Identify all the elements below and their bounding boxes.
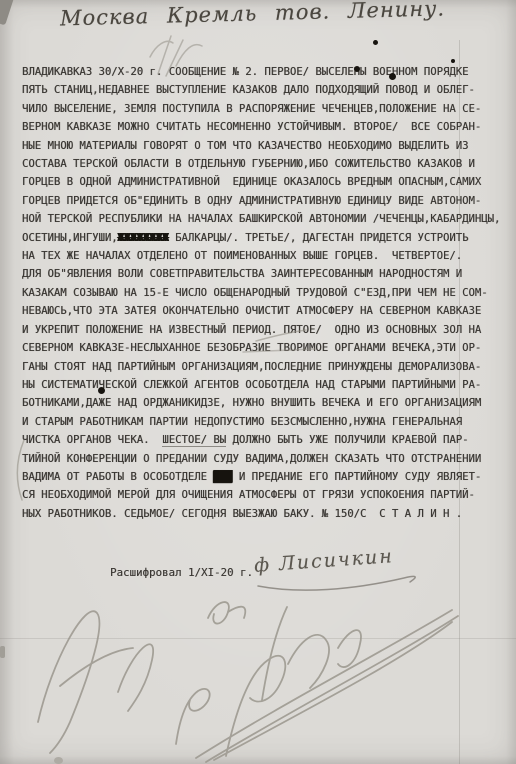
ink-blot <box>389 73 396 80</box>
text-segment: ОСЕТИНЫ,ИНГУШИ, <box>22 232 118 244</box>
bottom-pencil-signature <box>38 602 458 762</box>
telegram-line: НА ТЕХ ЖЕ НАЧАЛАХ ОТДЕЛЕНО ОТ ПОИМЕНОВАН… <box>22 247 508 265</box>
telegram-line: КАЗАКАМ СОЗЫВАЮ НА 15-Е ЧИСЛО ОБЩЕНАРОДН… <box>22 284 508 302</box>
telegram-line: ГОРЦЕВ В ОДНОЙ АДМИНИСТРАТИВНОЙ ЕДИНИЦЕ … <box>22 173 508 191</box>
signature-flourish <box>258 576 415 590</box>
telegram-line: ТИЙНОЙ КОНФЕРЕНЦИИ О ПРЕДАНИИ СУДУ ВАДИМ… <box>22 450 508 468</box>
ink-blot <box>373 40 378 45</box>
telegram-line: ВЛАДИКАВКАЗ 30/X-20 г. СООБЩЕНИЕ № 2. ПЕ… <box>22 63 508 81</box>
telegram-line: НОЙ ТЕРСКОЙ РЕСПУБЛИКИ НА НАЧАЛАХ БАШКИР… <box>22 210 508 228</box>
telegram-line: И УКРЕПИТ ПОЛОЖЕНИЕ НА ИЗВЕСТНЫЙ ПЕРИОД.… <box>22 321 508 339</box>
telegram-line: СЕВЕРНОМ КАВКАЗЕ-НЕСЛЫХАННОЕ БЕЗОБРАЗИЕ … <box>22 339 508 357</box>
telegram-line: БОТНИКАМИ,ДАЖЕ НАД ОРДЖАНИКИДЗЕ, НУЖНО В… <box>22 394 508 412</box>
telegram-body: ВЛАДИКАВКАЗ 30/X-20 г. СООБЩЕНИЕ № 2. ПЕ… <box>22 63 508 523</box>
pencil-underline-segment: ШЕСТОЕ/ ВЫ <box>162 434 226 447</box>
telegram-line: НЫ СИСТЕМАТИЧЕСКОЙ СЛЕЖКОЙ АГЕНТОВ ОСОБО… <box>22 376 508 394</box>
telegram-line: СОСТАВА ТЕРСКОЙ ОБЛАСТИ В ОТДЕЛЬНУЮ ГУБЕ… <box>22 155 508 173</box>
telegram-line: ГОРЦЕВ ПРИДЕТСЯ ОБ"ЕДИНИТЬ В ОДНУ АДМИНИ… <box>22 192 508 210</box>
telegram-line: ВЕРНОМ КАВКАЗЕ МОЖНО СЧИТАТЬ НЕСОМНЕННО … <box>22 118 508 136</box>
telegram-line: СЯ НЕОБХОДИМОЙ МЕРОЙ ДЛЯ ОЧИЩЕНИЯ АТМОСФ… <box>22 486 508 504</box>
text-segment: ВАДИМА ОТ РАБОТЫ В ОСОБОТДЕЛЕ <box>22 471 213 483</box>
telegram-line: ГАНЫ СТОЯТ НАД ПАРТИЙНЫМ ОРГАНИЗАЦИЯМ,ПО… <box>22 358 508 376</box>
strike-segment: ЖЖЖЖЖЖЖЖ <box>118 232 169 244</box>
telegram-line: ВАДИМА ОТ РАБОТЫ В ОСОБОТДЕЛЕ ███ И ПРЕД… <box>22 468 508 486</box>
telegram-line: НЫЕ МНОЮ МАТЕРИАЛЫ ГОВОРЯТ О ТОМ ЧТО КАЗ… <box>22 137 508 155</box>
text-segment: ДОЛЖНО БЫТЬ УЖЕ ПОЛУЧИЛИ КРАЕВОЙ ПАР- <box>226 434 468 446</box>
horizontal-fold-crease <box>0 638 516 639</box>
paper-corner-damage <box>0 0 14 25</box>
telegram-line: НЕВАЮСЬ,ЧТО ЭТА ЗАТЕЯ ОКОНЧАТЕЛЬНО ОЧИСТ… <box>22 302 508 320</box>
paper-edge-speck <box>0 646 5 658</box>
ink-blot <box>98 387 105 394</box>
ink-blot <box>354 66 360 72</box>
text-segment: БАЛКАРЦЫ/. ТРЕТЬЕ/, ДАГЕСТАН ПРИДЕТСЯ УС… <box>169 232 469 244</box>
text-segment: ЧИСТКА ОРГАНОВ ЧЕКА. <box>22 434 162 446</box>
telegram-line: ОСЕТИНЫ,ИНГУШИ,ЖЖЖЖЖЖЖЖ БАЛКАРЦЫ/. ТРЕТЬ… <box>22 229 508 247</box>
telegram-line: И СТАРЫМ РАБОТНИКАМ ПАРТИИ НЕДОПУСТИМО Б… <box>22 413 508 431</box>
scanned-telegram-page: Москва Кремль тов. Ленину. ВЛАДИКАВКАЗ 3… <box>0 0 516 764</box>
handwritten-address: Москва Кремль тов. Ленину. <box>60 0 401 30</box>
telegram-line: ПЯТЬ СТАНИЦ,НЕДАВНЕЕ ВЫСТУПЛЕНИЕ КАЗАКОВ… <box>22 81 508 99</box>
decipherer-signature: ф Лисичкин <box>253 545 394 577</box>
telegram-line: НЫХ РАБОТНИКОВ. СЕДЬМОЕ/ СЕГОДНЯ ВЫЕЗЖАЮ… <box>22 505 508 523</box>
telegram-line: ЧИСТКА ОРГАНОВ ЧЕКА. ШЕСТОЕ/ ВЫ ДОЛЖНО Б… <box>22 431 508 449</box>
text-segment: И ПРЕДАНИЕ ЕГО ПАРТИЙНОМУ СУДУ ЯВЛЯЕТ- <box>232 471 481 483</box>
telegram-line: ДЛЯ ОБ"ЯВЛЕНИЯ ВОЛИ СОВЕТПРАВИТЕЛЬСТВА З… <box>22 265 508 283</box>
decipher-note: Расшифровал 1/XI-20 г. <box>110 566 253 579</box>
telegram-line: ЧИЛО ВЫСЕЛЕНИЕ, ЗЕМЛЯ ПОСТУПИЛА В РАСПОР… <box>22 100 508 118</box>
ink-blot <box>451 59 455 63</box>
redact-segment: ███ <box>213 471 232 483</box>
paper-bottom-speck <box>54 757 63 764</box>
